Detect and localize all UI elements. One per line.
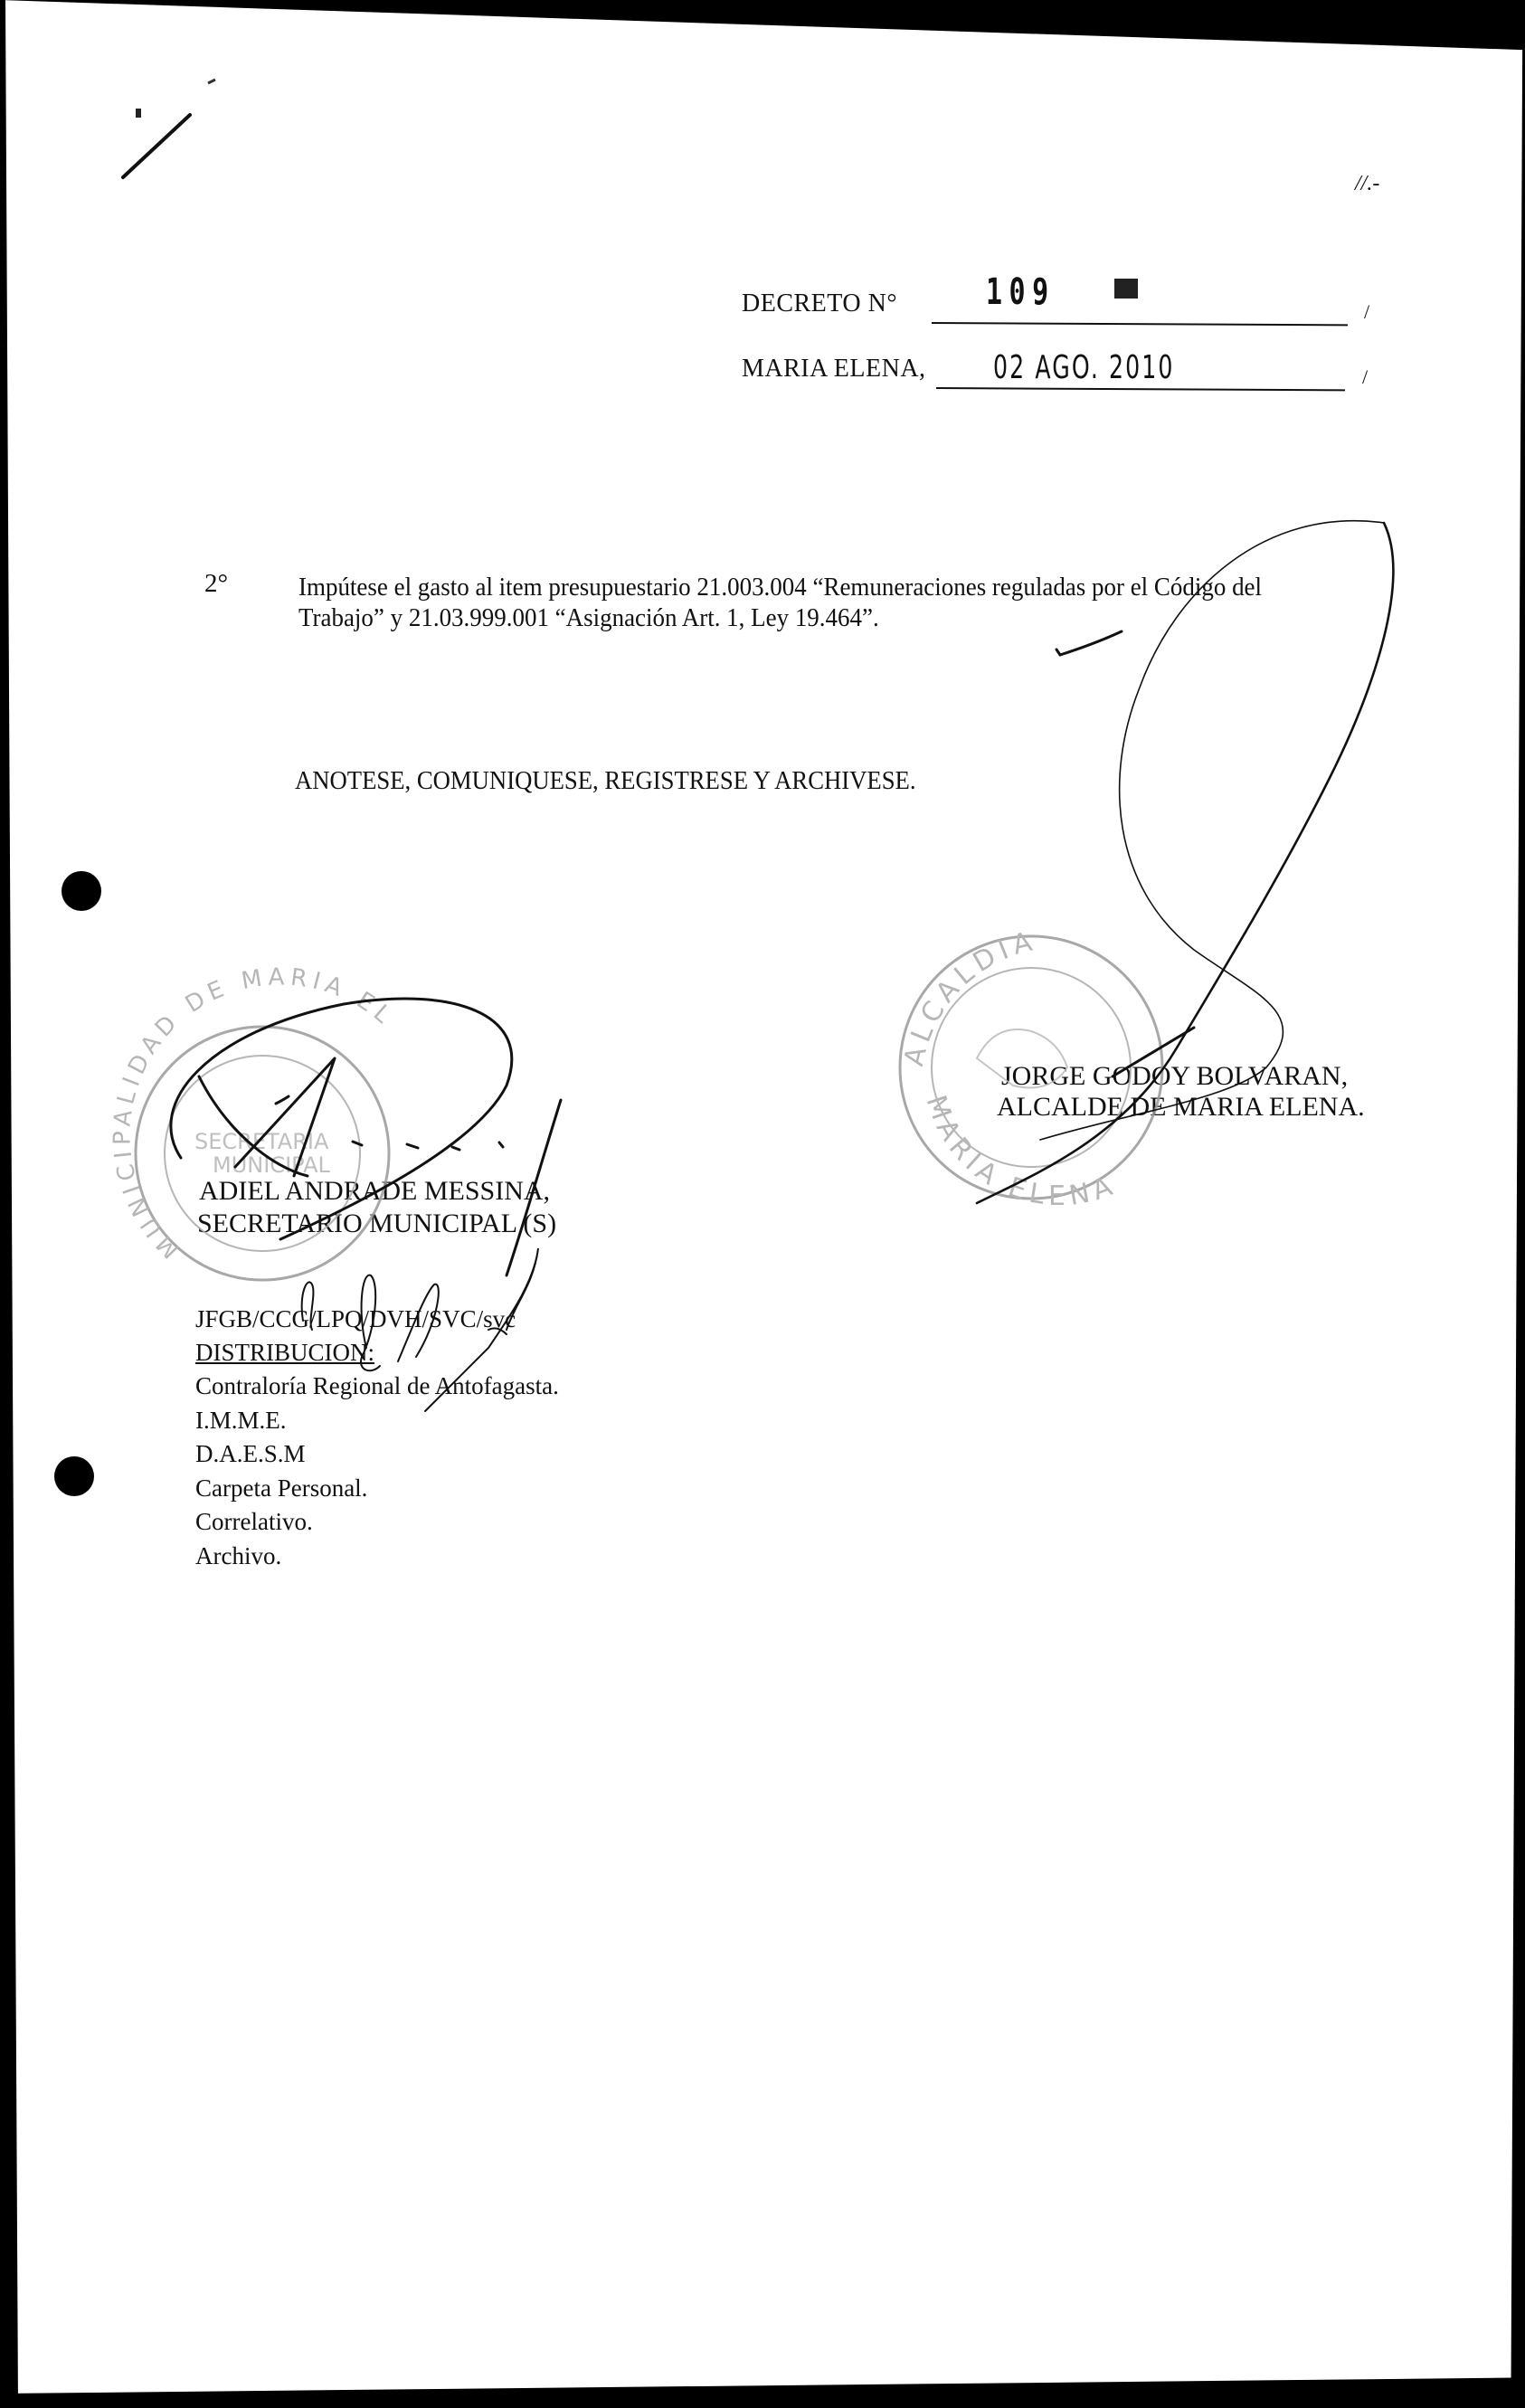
secretary-seal-inner-line-2: MUNICIPAL	[213, 1152, 330, 1178]
punch-hole-lower	[54, 1456, 94, 1496]
distribution-item: Correlativo.	[195, 1505, 559, 1540]
mayor-title: ALCALDE DE MARIA ELENA.	[997, 1092, 1365, 1123]
secretary-name: ADIEL ANDRADE MESSINA,	[199, 1176, 550, 1207]
scan-border-top	[0, 0, 1525, 54]
distribution-heading: DISTRIBUCION:	[195, 1336, 374, 1370]
scan-border-bottom	[0, 2370, 1525, 2408]
line-end-mark: /	[1362, 365, 1368, 389]
place-label: MARIA ELENA,	[742, 355, 926, 384]
distribution-list: Contraloría Regional de Antofagasta. I.M…	[195, 1370, 559, 1573]
distribution-item: I.M.M.E.	[195, 1404, 559, 1438]
punch-hole-upper	[62, 871, 101, 911]
line-end-mark: /	[1364, 300, 1369, 324]
date-stamp: 02 AGO. 2010	[993, 349, 1175, 386]
secretary-title: SECRETARIO MUNICIPAL (S)	[197, 1209, 556, 1239]
scan-border-right	[1501, 0, 1525, 2408]
mayor-seal-top-text: ALCALDIA	[898, 924, 1040, 1068]
closing-formula: ANOTESE, COMUNIQUESE, REGISTRESE Y ARCHI…	[295, 765, 916, 796]
decree-number-line	[932, 322, 1348, 326]
date-line	[936, 387, 1345, 391]
typist-initials: JFGB/CCG/LPQ/DVH/SVC/svc	[195, 1303, 516, 1337]
svg-text:ALCALDIA: ALCALDIA	[898, 924, 1040, 1068]
continuation-mark: //.-	[1355, 172, 1379, 196]
distribution-item: D.A.E.S.M	[195, 1437, 559, 1472]
distribution-item: Carpeta Personal.	[195, 1472, 559, 1506]
decree-number-stamp: 109	[986, 271, 1056, 313]
clause-number: 2°	[204, 568, 228, 599]
distribution-item: Contraloría Regional de Antofagasta.	[195, 1370, 559, 1404]
secretary-official-seal: MUNICIPALIDAD DE MARIA ELENA SECRETARIA …	[0, 0, 400, 1280]
distribution-item: Archivo.	[195, 1540, 559, 1574]
mayor-name: JORGE GODOY BOLVARAN,	[1001, 1061, 1348, 1092]
clause-line-1: Impútese el gasto al item presupuestario…	[298, 572, 1262, 602]
secretary-seal-inner-line-1: SECRETARIA	[194, 1129, 329, 1154]
decree-label: DECRETO N°	[742, 289, 897, 318]
scan-border-left	[0, 0, 18, 2408]
margin-pen-stroke	[123, 80, 215, 177]
stamp-mark-icon	[1114, 279, 1138, 299]
clause-line-2: Trabajo” y 21.03.999.001 “Asignación Art…	[298, 602, 879, 633]
